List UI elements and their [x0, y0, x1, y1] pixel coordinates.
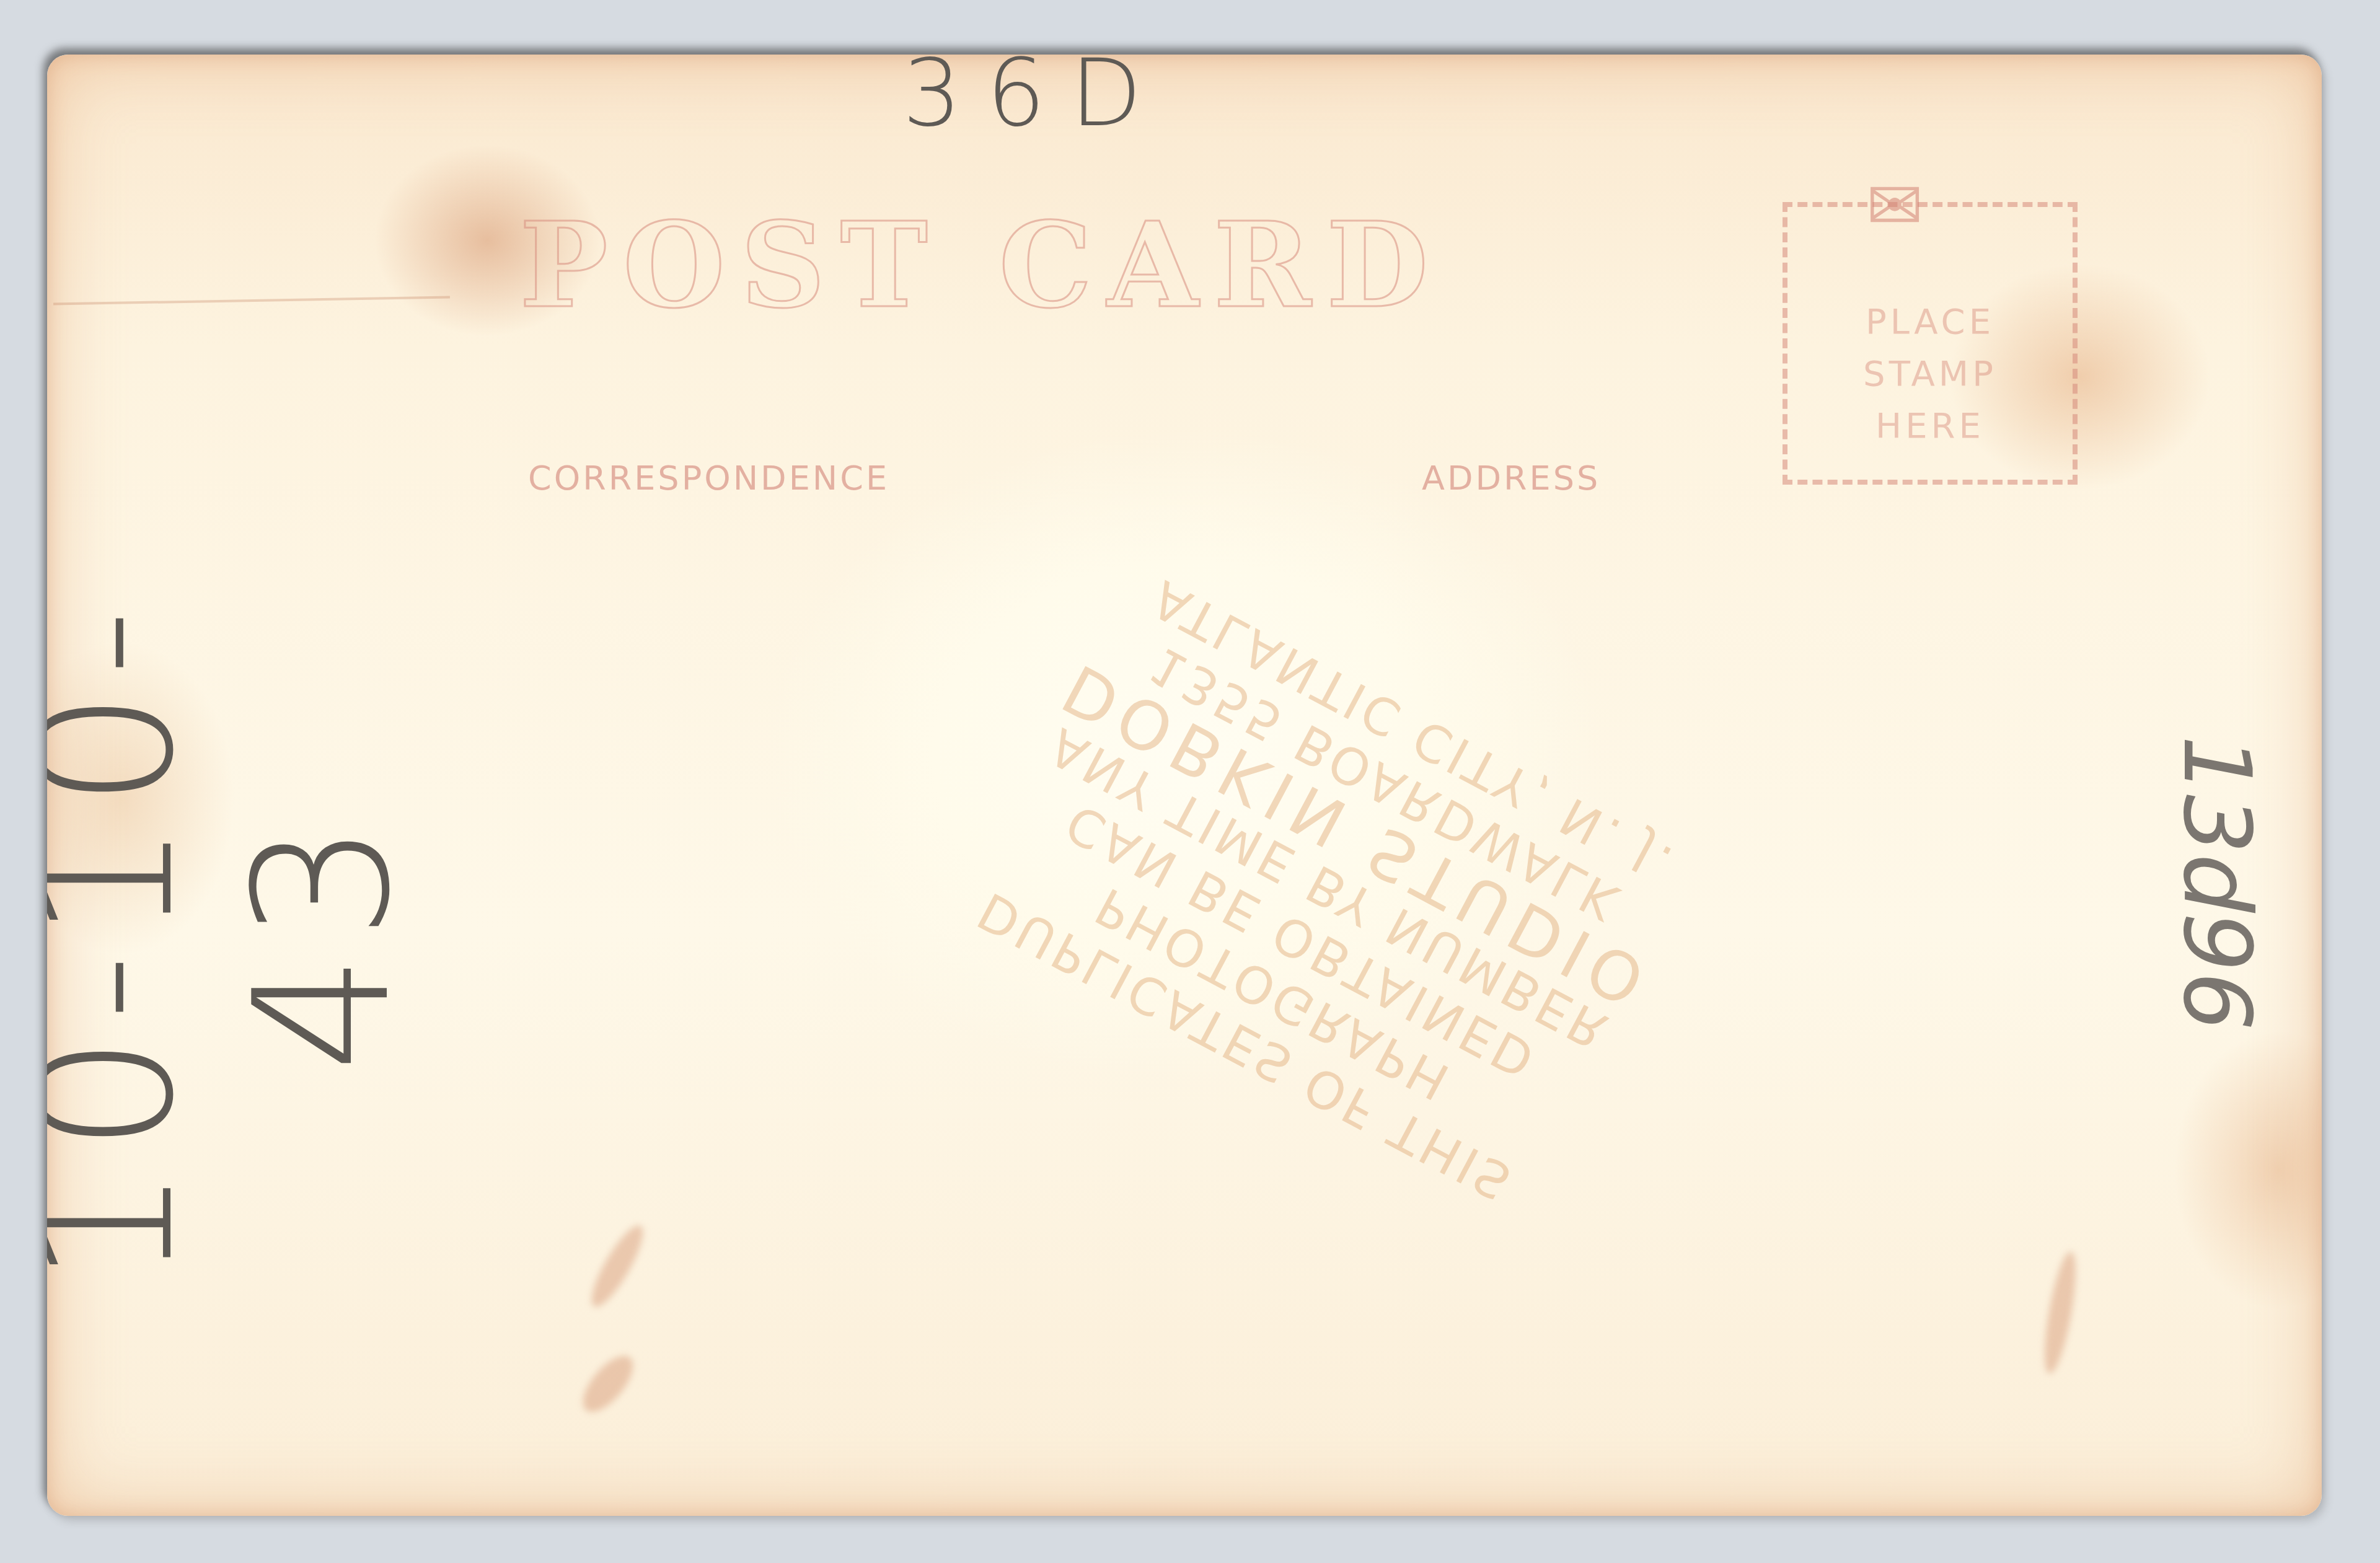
postage-stamp-icon: ✉	[1866, 166, 1923, 245]
glue-stain	[583, 1220, 651, 1313]
pencil-date-left: 10-10-43	[47, 506, 431, 1374]
correspondence-label: CORRESPONDENCE	[528, 459, 889, 498]
studio-stamp-bleed-through: DUPLICATES OF THIS PHOTOGRAPH CAN BE OBT…	[876, 516, 1783, 1262]
stamp-line: STAMP	[1783, 348, 2078, 400]
glue-stain	[574, 1348, 641, 1420]
pencil-note-right: 13d96	[2162, 728, 2270, 1038]
stamp-line: PLACE	[1783, 296, 2078, 348]
address-label: ADDRESS	[1422, 459, 1600, 498]
paper-crease	[53, 296, 450, 305]
pencil-note-top: 36D	[902, 55, 1166, 147]
postcard-back: POST CARD CORRESPONDENCE ADDRESS ✉ PLACE…	[47, 55, 2322, 1516]
postcard-title: POST CARD	[519, 196, 1443, 334]
glue-stain	[2038, 1249, 2082, 1375]
stamp-line: HERE	[1783, 400, 2078, 452]
stamp-box-text: PLACE STAMP HERE	[1783, 296, 2078, 452]
